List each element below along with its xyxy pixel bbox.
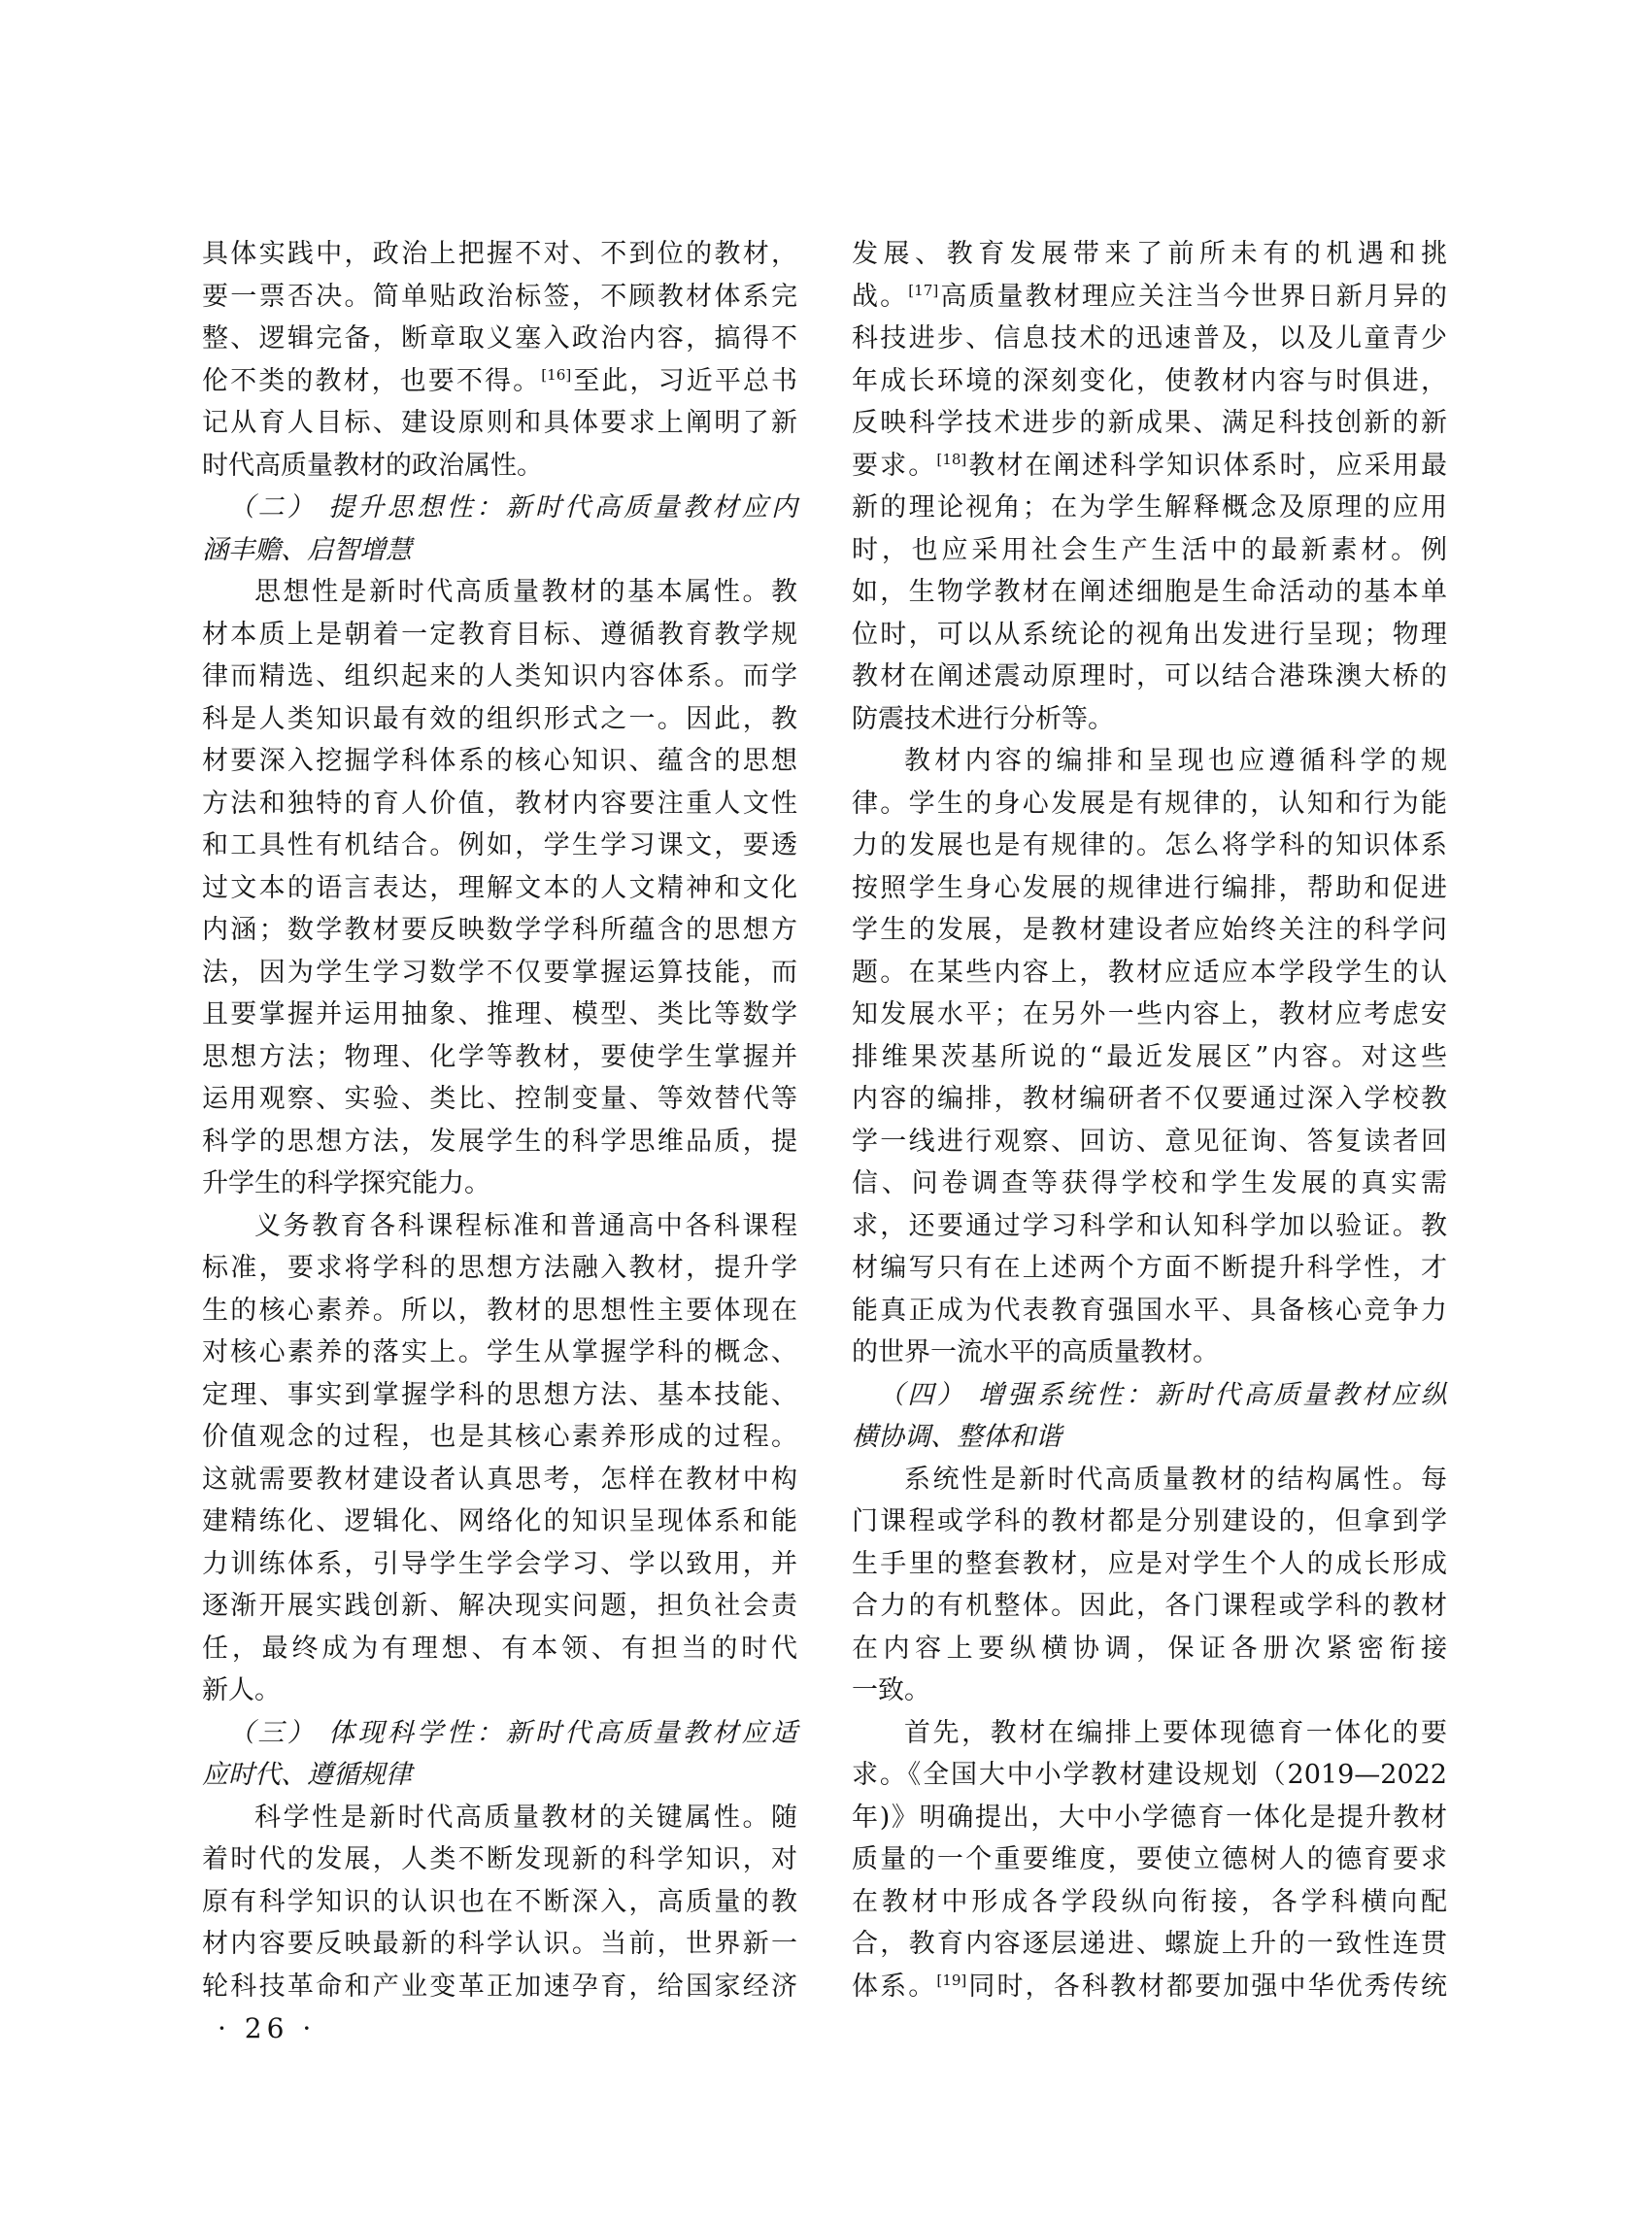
text-line: 着时代的发展，人类不断发现新的科学知识，对 bbox=[202, 1838, 797, 1881]
text-line: 内涵；数学教材要反映数学学科所蕴含的思想方 bbox=[202, 909, 797, 952]
text-line: 题。在某些内容上，教材应适应本学段学生的认 bbox=[852, 952, 1447, 995]
text-line: 在教材中形成各学段纵向衔接，各学科横向配 bbox=[852, 1881, 1447, 1924]
text-line: 科技进步、信息技术的迅速普及，以及儿童青少 bbox=[852, 318, 1447, 360]
text-line: 首先，教材在编排上要体现德育一体化的要 bbox=[852, 1712, 1447, 1755]
text-line: 门课程或学科的教材都是分别建设的，但拿到学 bbox=[852, 1500, 1447, 1543]
text-line: 要一票否决。简单贴政治标签，不顾教材体系完 bbox=[202, 276, 797, 319]
text-line: 知发展水平；在另外一些内容上，教材应考虑安 bbox=[852, 994, 1447, 1036]
text-line: 力的发展也是有规律的。怎么将学科的知识体系 bbox=[852, 825, 1447, 867]
text-line: 信、问卷调查等获得学校和学生发展的真实需 bbox=[852, 1163, 1447, 1205]
text-line: 具体实践中，政治上把握不对、不到位的教材， bbox=[202, 233, 797, 276]
text-line: 材要深入挖掘学科体系的核心知识、蕴含的思想 bbox=[202, 740, 797, 783]
text-line: 升学生的科学探究能力。 bbox=[202, 1163, 797, 1205]
text-line: （三） 体现科学性：新时代高质量教材应适 bbox=[202, 1712, 797, 1755]
text-line: 排维果茨基所说的“最近发展区”内容。对这些 bbox=[852, 1036, 1447, 1079]
text-column-right: 发展、教育发展带来了前所未有的机遇和挑战。[17]高质量教材理应关注当今世界日新… bbox=[852, 233, 1447, 2007]
text-line: 按照学生身心发展的规律进行编排，帮助和促进 bbox=[852, 867, 1447, 910]
text-line: 战。[17]高质量教材理应关注当今世界日新月异的 bbox=[852, 276, 1447, 319]
text-line: 轮科技革命和产业变革正加速孕育，给国家经济 bbox=[202, 1966, 797, 2008]
text-line: 价值观念的过程，也是其核心素养形成的过程。 bbox=[202, 1416, 797, 1459]
citation-ref: [19] bbox=[936, 1972, 966, 1989]
text-line: 对核心素养的落实上。学生从掌握学科的概念、 bbox=[202, 1332, 797, 1374]
journal-page: 具体实践中，政治上把握不对、不到位的教材，要一票否决。简单贴政治标签，不顾教材体… bbox=[0, 0, 1652, 2225]
citation-ref: [18] bbox=[936, 451, 966, 468]
text-line: 伦不类的教材，也要不得。[16]至此，习近平总书 bbox=[202, 360, 797, 403]
text-line: 求。《全国大中小学教材建设规划（2019—2022 bbox=[852, 1754, 1447, 1797]
text-line: 能真正成为代表教育强国水平、具备核心竞争力 bbox=[852, 1290, 1447, 1332]
text-line: 材内容要反映最新的科学认识。当前，世界新一 bbox=[202, 1923, 797, 1966]
text-line: 任，最终成为有理想、有本领、有担当的时代 bbox=[202, 1628, 797, 1670]
text-line: （二） 提升思想性：新时代高质量教材应内 bbox=[202, 487, 797, 529]
text-line: 方法和独特的育人价值，教材内容要注重人文性 bbox=[202, 783, 797, 826]
text-line: 时代高质量教材的政治属性。 bbox=[202, 445, 797, 488]
text-line: 防震技术进行分析等。 bbox=[852, 698, 1447, 741]
text-line: 且要掌握并运用抽象、推理、模型、类比等数学 bbox=[202, 994, 797, 1036]
text-line: 年成长环境的深刻变化，使教材内容与时俱进， bbox=[852, 360, 1447, 403]
text-column-left: 具体实践中，政治上把握不对、不到位的教材，要一票否决。简单贴政治标签，不顾教材体… bbox=[202, 233, 797, 2007]
page-number: · 26 · bbox=[218, 2012, 316, 2044]
text-line: 运用观察、实验、类比、控制变量、等效替代等 bbox=[202, 1078, 797, 1121]
text-line: 新人。 bbox=[202, 1669, 797, 1712]
text-line: 科学性是新时代高质量教材的关键属性。随 bbox=[202, 1797, 797, 1839]
text-line: 求，还要通过学习科学和认知科学加以验证。教 bbox=[852, 1205, 1447, 1248]
citation-ref: [16] bbox=[541, 366, 571, 384]
text-line: 发展、教育发展带来了前所未有的机遇和挑 bbox=[852, 233, 1447, 276]
text-line: 思想方法；物理、化学等教材，要使学生掌握并 bbox=[202, 1036, 797, 1079]
text-line: （四） 增强系统性：新时代高质量教材应纵 bbox=[852, 1374, 1447, 1417]
text-line: 建精练化、逻辑化、网络化的知识呈现体系和能 bbox=[202, 1500, 797, 1543]
text-line: 记从育人目标、建设原则和具体要求上阐明了新 bbox=[202, 402, 797, 445]
text-line: 应时代、遵循规律 bbox=[202, 1754, 797, 1797]
text-line: 系统性是新时代高质量教材的结构属性。每 bbox=[852, 1459, 1447, 1501]
text-line: 生手里的整套教材，应是对学生个人的成长形成 bbox=[852, 1543, 1447, 1586]
text-line: 时，也应采用社会生产生活中的最新素材。例 bbox=[852, 529, 1447, 572]
text-line: 体系。[19]同时，各科教材都要加强中华优秀传统 bbox=[852, 1966, 1447, 2008]
text-line: 材本质上是朝着一定教育目标、遵循教育教学规 bbox=[202, 614, 797, 657]
text-line: 教材在阐述震动原理时，可以结合港珠澳大桥的 bbox=[852, 656, 1447, 698]
text-line: 反映科学技术进步的新成果、满足科技创新的新 bbox=[852, 402, 1447, 445]
text-line: 位时，可以从系统论的视角出发进行呈现；物理 bbox=[852, 614, 1447, 657]
text-line: 逐渐开展实践创新、解决现实问题，担负社会责 bbox=[202, 1585, 797, 1628]
text-line: 横协调、整体和谐 bbox=[852, 1416, 1447, 1459]
text-line: 教材内容的编排和呈现也应遵循科学的规 bbox=[852, 740, 1447, 783]
text-line: 标准，要求将学科的思想方法融入教材，提升学 bbox=[202, 1247, 797, 1290]
text-line: 过文本的语言表达，理解文本的人文精神和文化 bbox=[202, 867, 797, 910]
text-line: 内容的编排，教材编研者不仅要通过深入学校教 bbox=[852, 1078, 1447, 1121]
citation-ref: [17] bbox=[908, 282, 938, 299]
text-line: 要求。[18]教材在阐述科学知识体系时，应采用最 bbox=[852, 445, 1447, 488]
text-line: 学生的发展，是教材建设者应始终关注的科学问 bbox=[852, 909, 1447, 952]
text-line: 力训练体系，引导学生学会学习、学以致用，并 bbox=[202, 1543, 797, 1586]
text-line: 学一线进行观察、回访、意见征询、答复读者回 bbox=[852, 1121, 1447, 1163]
text-line: 和工具性有机结合。例如，学生学习课文，要透 bbox=[202, 825, 797, 867]
text-line: 定理、事实到掌握学科的思想方法、基本技能、 bbox=[202, 1374, 797, 1417]
text-line: 法，因为学生学习数学不仅要掌握运算技能，而 bbox=[202, 952, 797, 995]
text-line: 在内容上要纵横协调，保证各册次紧密衔接 bbox=[852, 1628, 1447, 1670]
text-line: 一致。 bbox=[852, 1669, 1447, 1712]
text-line: 年)》明确提出，大中小学德育一体化是提升教材 bbox=[852, 1797, 1447, 1839]
text-line: 科学的思想方法，发展学生的科学思维品质，提 bbox=[202, 1121, 797, 1163]
text-line: 材编写只有在上述两个方面不断提升科学性，才 bbox=[852, 1247, 1447, 1290]
text-line: 这就需要教材建设者认真思考，怎样在教材中构 bbox=[202, 1459, 797, 1501]
text-line: 如，生物学教材在阐述细胞是生命活动的基本单 bbox=[852, 571, 1447, 614]
text-line: 新的理论视角；在为学生解释概念及原理的应用 bbox=[852, 487, 1447, 529]
text-line: 质量的一个重要维度，要使立德树人的德育要求 bbox=[852, 1838, 1447, 1881]
text-line: 原有科学知识的认识也在不断深入，高质量的教 bbox=[202, 1881, 797, 1924]
text-line: 合，教育内容逐层递进、螺旋上升的一致性连贯 bbox=[852, 1923, 1447, 1966]
text-line: 的世界一流水平的高质量教材。 bbox=[852, 1332, 1447, 1374]
text-line: 律而精选、组织起来的人类知识内容体系。而学 bbox=[202, 656, 797, 698]
text-line: 生的核心素养。所以，教材的思想性主要体现在 bbox=[202, 1290, 797, 1332]
text-line: 整、逻辑完备，断章取义塞入政治内容，搞得不 bbox=[202, 318, 797, 360]
text-line: 科是人类知识最有效的组织形式之一。因此，教 bbox=[202, 698, 797, 741]
text-line: 合力的有机整体。因此，各门课程或学科的教材 bbox=[852, 1585, 1447, 1628]
text-line: 涵丰赡、启智增慧 bbox=[202, 529, 797, 572]
text-line: 律。学生的身心发展是有规律的，认知和行为能 bbox=[852, 783, 1447, 826]
text-line: 思想性是新时代高质量教材的基本属性。教 bbox=[202, 571, 797, 614]
text-line: 义务教育各科课程标准和普通高中各科课程 bbox=[202, 1205, 797, 1248]
